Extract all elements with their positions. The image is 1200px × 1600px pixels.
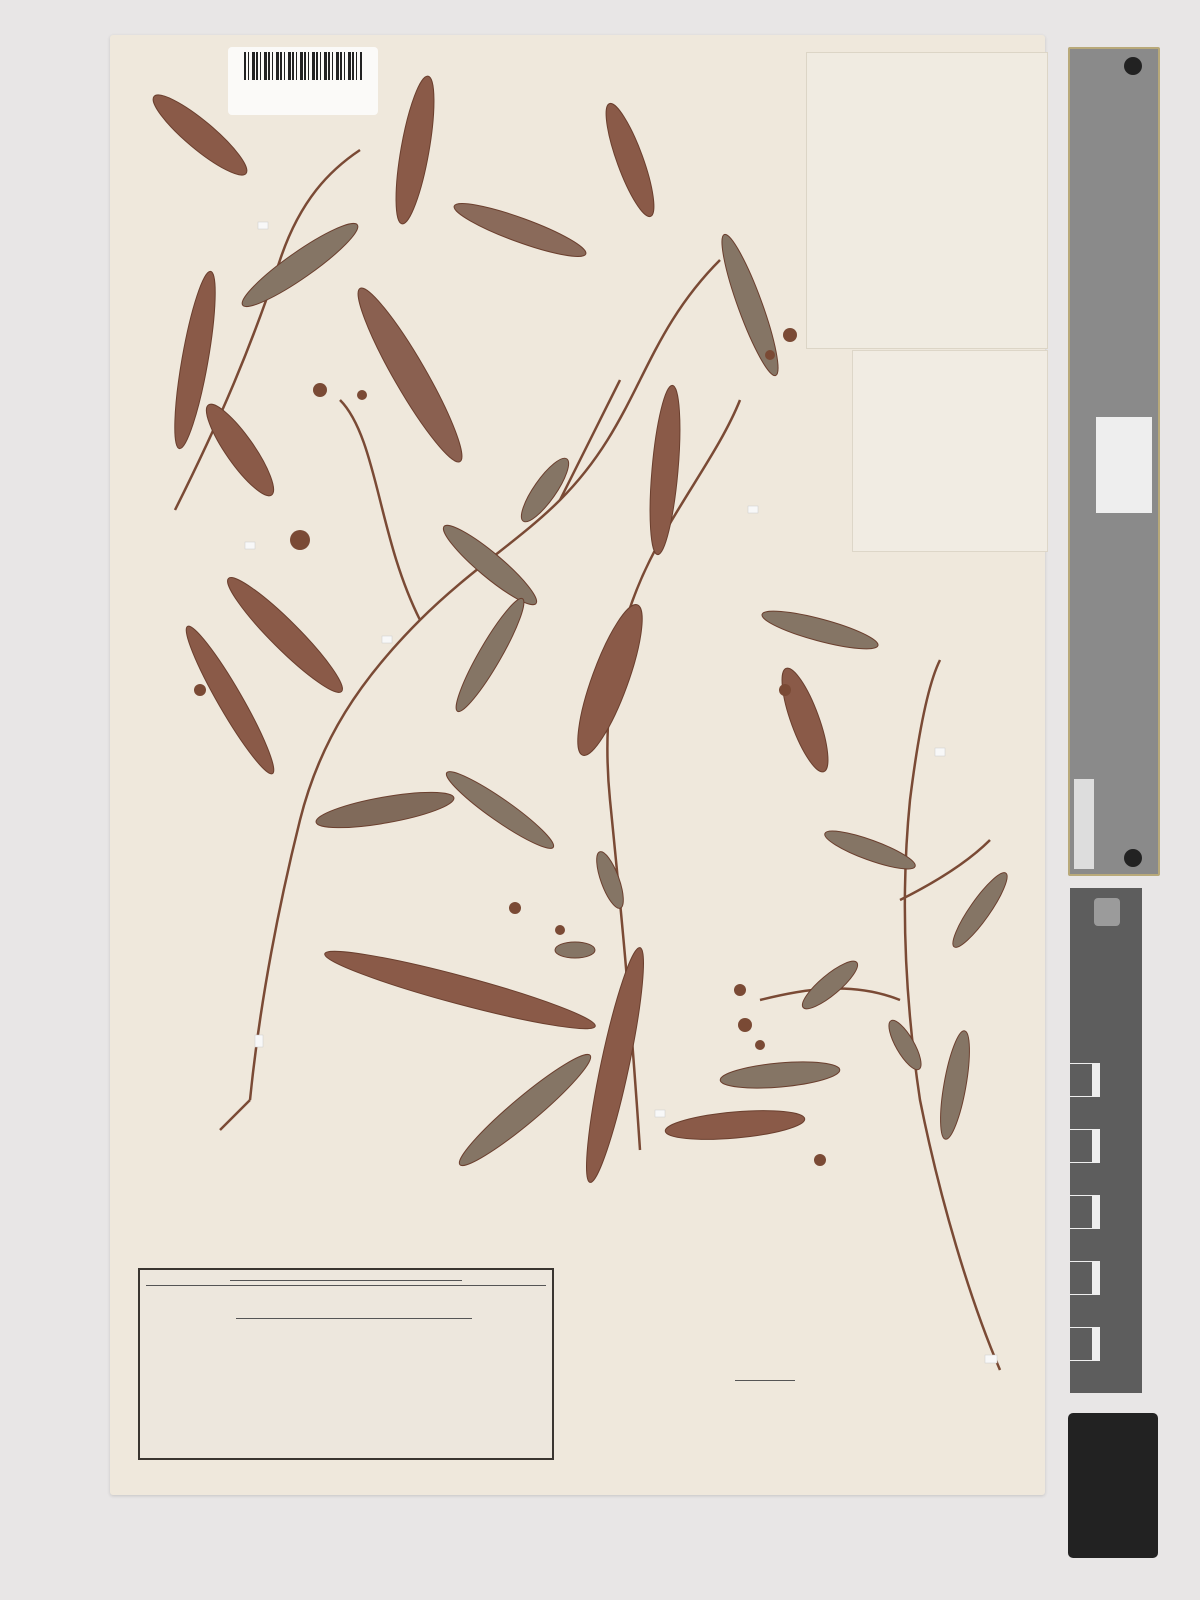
cheeseman-determination-label <box>138 1268 554 1460</box>
kew-crest-icon <box>1094 898 1120 926</box>
cm-ruler <box>1070 1063 1100 1393</box>
registration-dot <box>1124 57 1142 75</box>
rule <box>230 1280 462 1281</box>
barcode-label <box>228 47 378 115</box>
ex-herb-line <box>580 1370 950 1385</box>
registration-dot <box>1124 849 1142 867</box>
kew-scale-bar <box>1070 888 1142 1393</box>
target-patch <box>1096 417 1152 513</box>
blank-line <box>735 1380 795 1381</box>
color-calibration-strip <box>1068 47 1160 876</box>
divider <box>146 1285 546 1286</box>
rule <box>236 1318 472 1319</box>
strip-code <box>1074 779 1094 869</box>
kew-herbarium-label <box>580 1290 950 1480</box>
color-checker-card <box>1068 1413 1158 1558</box>
barcode-graphic <box>244 52 362 80</box>
